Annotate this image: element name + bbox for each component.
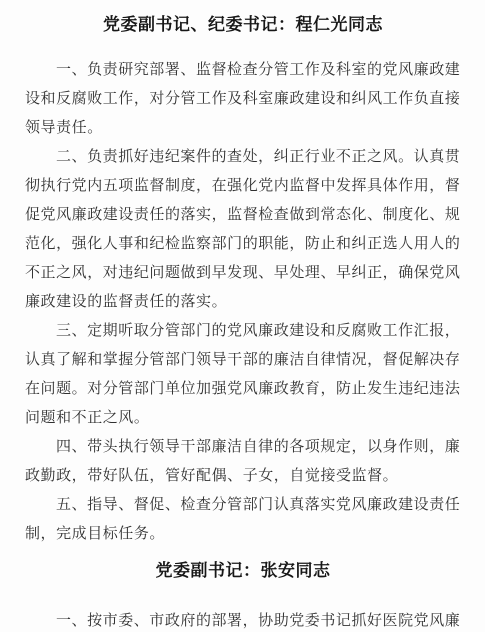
section-title-cheng-renguang: 党委副书记、纪委书记：程仁光同志 (25, 14, 461, 36)
paragraph-duty-5: 五、指导、督促、检查分管部门认真落实党风廉政建设责任 制，完成目标任务。 (25, 491, 461, 549)
paragraph-duty-1: 一、负责研究部署、监督检查分管工作及科室的党风廉政建 设和反腐败工作，对分管工作… (25, 56, 461, 143)
paragraph-zhangan-duty-1: 一、按市委、市政府的部署，协助党委书记抓好医院党风廉 (25, 607, 461, 632)
section-title-zhang-an: 党委副书记：张安同志 (25, 560, 461, 582)
document-page: 党委副书记、纪委书记：程仁光同志 一、负责研究部署、监督检查分管工作及科室的党风… (0, 0, 485, 632)
paragraph-duty-3: 三、定期听取分管部门的党风廉政建设和反腐败工作汇报， 认真了解和掌握分管部门领导… (25, 317, 461, 433)
paragraph-duty-4: 四、带头执行领导干部廉洁自律的各项规定，以身作则，廉 政勤政，带好队伍，管好配偶… (25, 433, 461, 491)
paragraph-duty-2: 二、负责抓好违纪案件的查处，纠正行业不正之风。认真贯 彻执行党内五项监督制度，在… (25, 143, 461, 317)
